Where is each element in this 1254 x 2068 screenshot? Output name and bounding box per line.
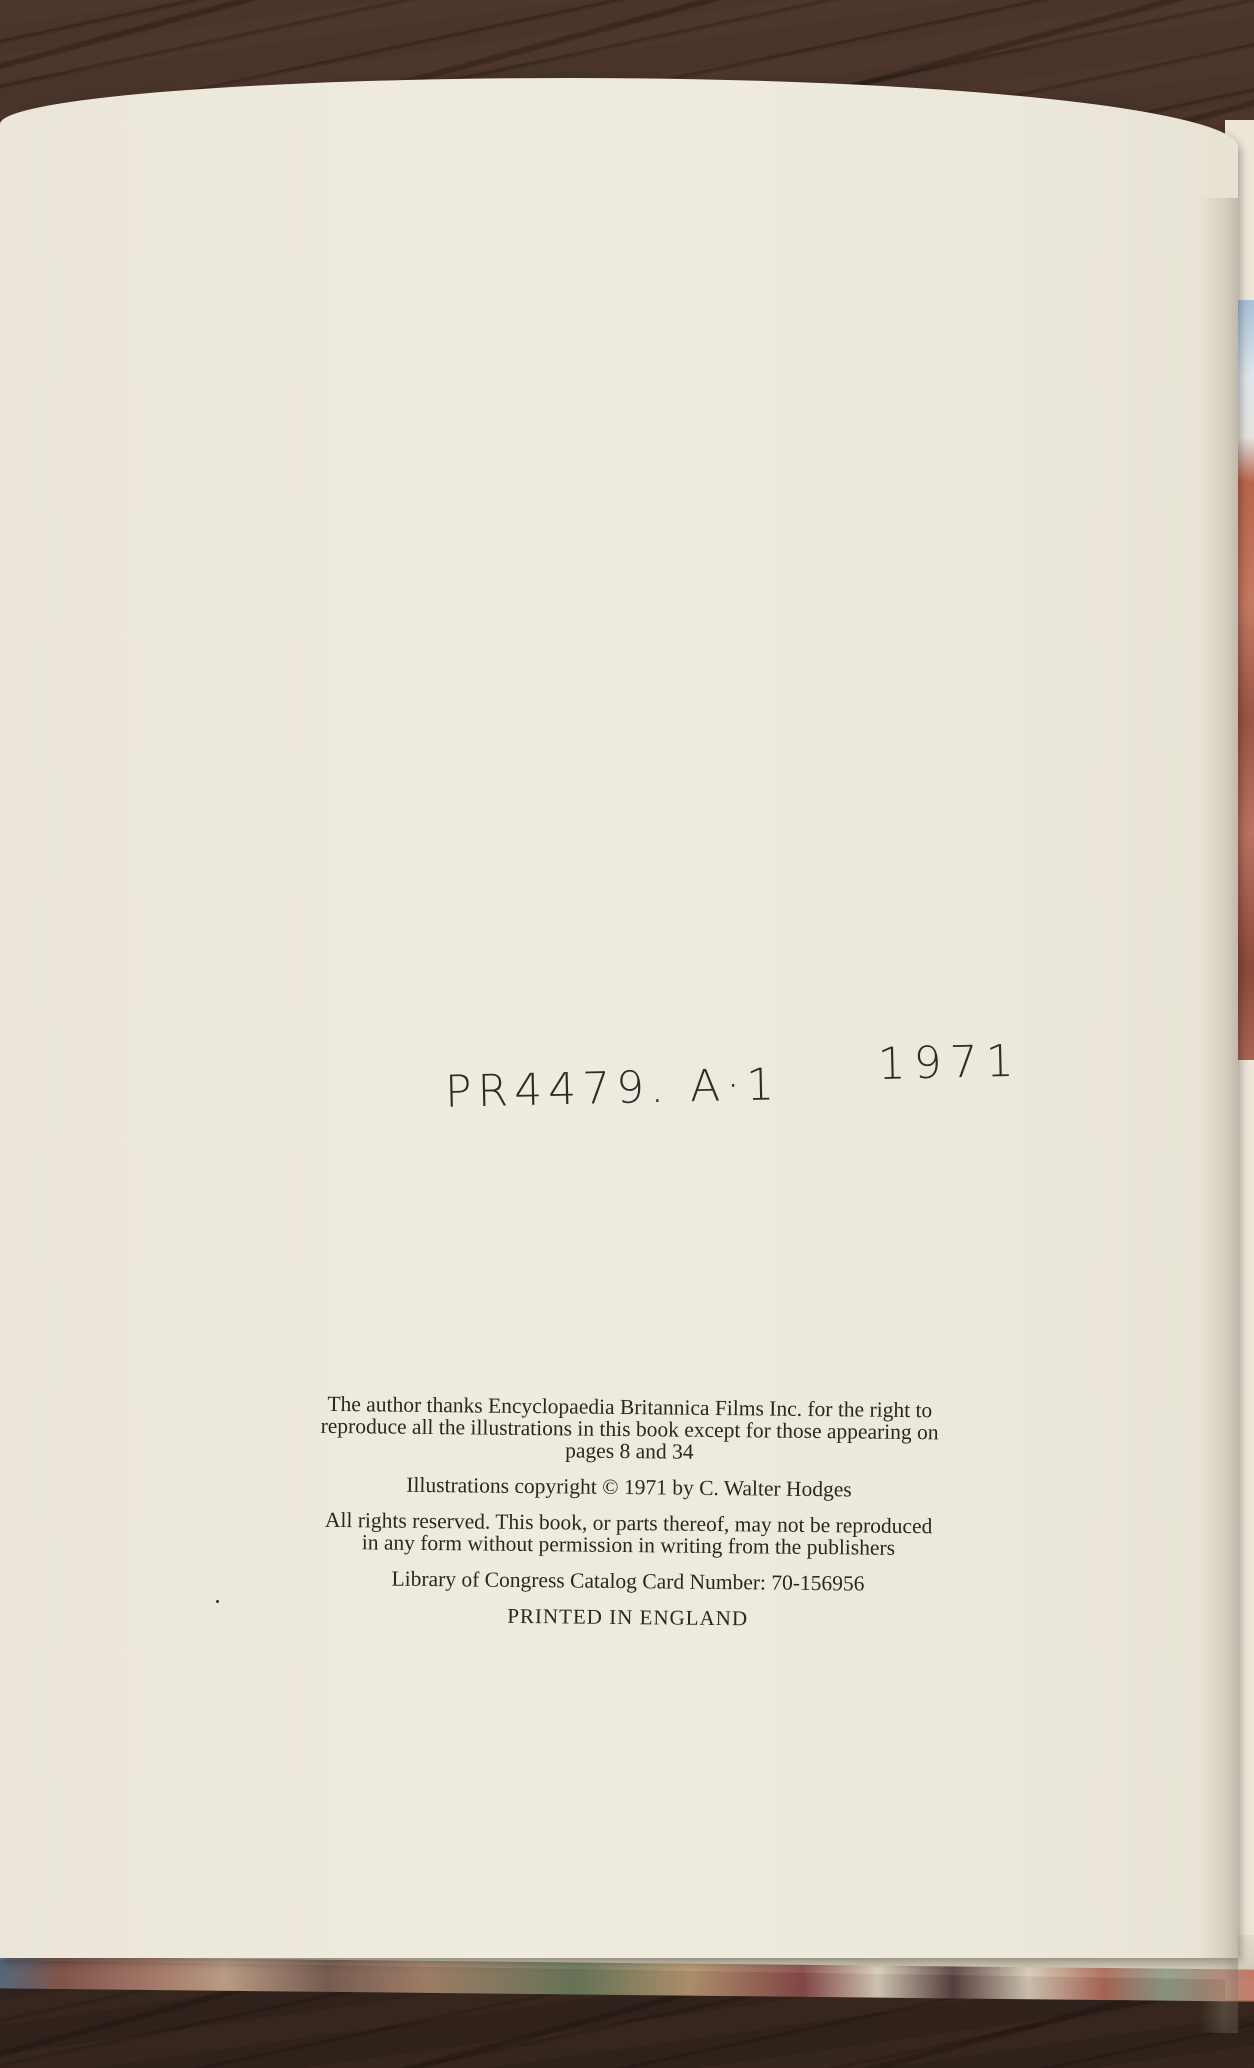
cover-illustration-strip: [1236, 300, 1254, 1060]
book-page: [0, 78, 1238, 1958]
page-gutter-shadow: [1200, 198, 1238, 2033]
copyright-line: Illustrations copyright © 1971 by C. Wal…: [239, 1472, 1019, 1502]
call-number-text: PR4479. A·1: [444, 1059, 780, 1118]
acknowledgement-paragraph: The author thanks Encyclopaedia Britanni…: [239, 1392, 1020, 1466]
handwritten-year: 1971: [877, 1036, 1022, 1090]
imprint-block: The author thanks Encyclopaedia Britanni…: [238, 1392, 1020, 1632]
copyright-notice: Illustrations copyright © 1971 by C. Wal…: [239, 1472, 1019, 1502]
catalog-card-line: Library of Congress Catalog Card Number:…: [238, 1566, 1018, 1596]
catalog-card-number: Library of Congress Catalog Card Number:…: [238, 1566, 1018, 1596]
rights-reserved-paragraph: All rights reserved. This book, or parts…: [238, 1508, 1018, 1560]
paper-speck: [216, 1600, 219, 1603]
